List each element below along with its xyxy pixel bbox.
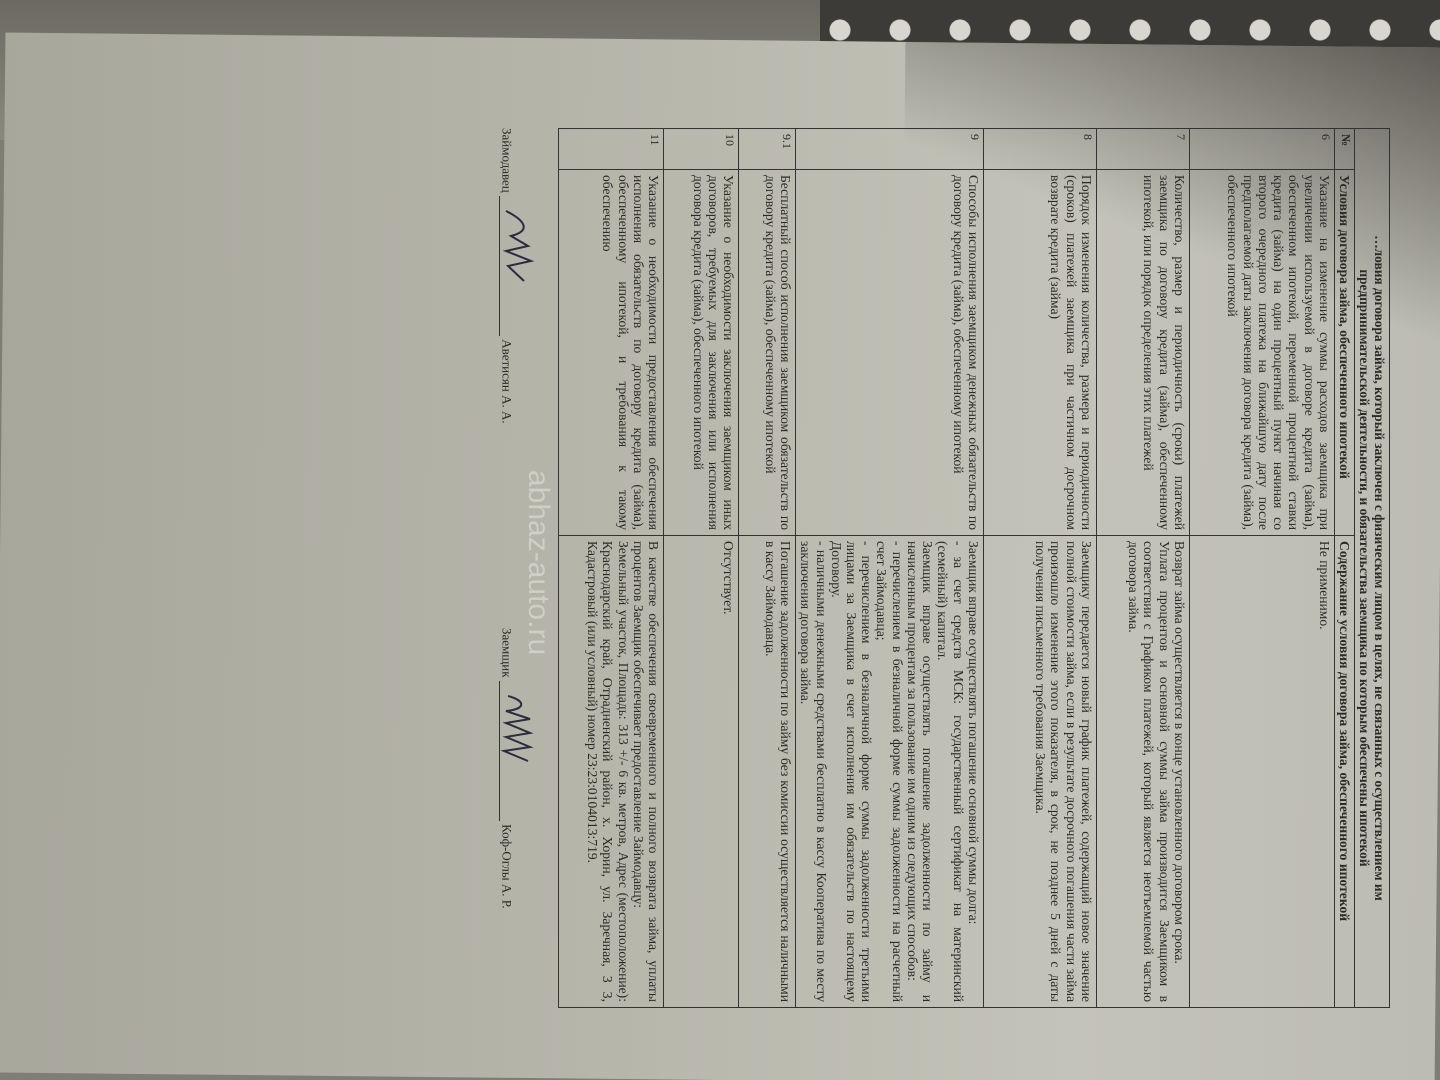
content-paragraph: Земельный участок, Площадь: 313 +/- 6 кв… bbox=[585, 541, 631, 1002]
row-condition: Количество, размер и периодичность (срок… bbox=[1096, 170, 1189, 536]
title-line-1: …ловия договора займа, который заключен … bbox=[1372, 133, 1387, 1003]
content-paragraph: - перечислением в безналичной форме сумм… bbox=[874, 541, 904, 1002]
row-content: В качестве обеспечения своевременного и … bbox=[559, 536, 664, 1008]
table-row: 7 Количество, размер и периодичность (ср… bbox=[1096, 129, 1189, 1008]
row-number: 6 bbox=[1189, 129, 1334, 170]
document-title: …ловия договора займа, который заключен … bbox=[1355, 128, 1390, 1008]
row-content: Заемщик вправе осуществлять погашение ос… bbox=[796, 536, 984, 1008]
row-condition: Способы исполнения заемщиком денежных об… bbox=[796, 170, 984, 536]
row-number: 7 bbox=[1096, 129, 1189, 170]
lender-name: Аветисян А. А. bbox=[500, 339, 515, 423]
row-number: 11 bbox=[559, 129, 664, 170]
content-paragraph: - за счет средств МСК: государственный с… bbox=[935, 541, 965, 1002]
content-paragraph: - наличными денежными средствами бесплат… bbox=[798, 541, 828, 1002]
row-number: 8 bbox=[983, 129, 1096, 170]
content-paragraph: - перечислением в безналичной форме сумм… bbox=[829, 541, 875, 1002]
row-content: Отсутствует. bbox=[664, 536, 739, 1008]
row-number: 9.1 bbox=[739, 129, 796, 170]
content-paragraph: Погашение задолженности по займу без ком… bbox=[763, 541, 793, 1002]
row-condition: Бесплатный способ исполнения заемщиком о… bbox=[739, 170, 796, 536]
loan-agreement-page: …ловия договора займа, который заключен … bbox=[360, 128, 1390, 1008]
row-content: Возврат займа осуществляется в конце уст… bbox=[1096, 536, 1189, 1008]
signature-block: Займодавец Аветисян А. А. Заемщик Коф-Ог… bbox=[454, 128, 514, 1008]
watermark: abhaz-auto.ru bbox=[521, 470, 555, 655]
row-condition: Указание на изменение суммы расходов зае… bbox=[1189, 170, 1334, 536]
row-content: Погашение задолженности по займу без ком… bbox=[739, 536, 796, 1008]
header-content: Содержание условия договора займа, обесп… bbox=[1334, 536, 1354, 1008]
signature-scribble-icon bbox=[496, 206, 536, 316]
row-content: Не применимо. bbox=[1189, 536, 1334, 1008]
row-condition: Указание о необходимости предоставления … bbox=[559, 170, 664, 536]
row-content: Заемщику передается новый график платеже… bbox=[983, 536, 1096, 1008]
table-row: 8 Порядок изменения количества, размера … bbox=[983, 129, 1096, 1008]
table-row: 11 Указание о необходимости предоставлен… bbox=[559, 129, 664, 1008]
lender-label: Займодавец bbox=[500, 128, 515, 193]
row-condition: Порядок изменения количества, размера и … bbox=[983, 170, 1096, 536]
table-row: 6 Указание на изменение суммы расходов з… bbox=[1189, 129, 1334, 1008]
content-paragraph: Возврат займа осуществляется в конце уст… bbox=[1172, 541, 1187, 1002]
lender-signature: Займодавец Аветисян А. А. bbox=[499, 128, 514, 424]
header-conditions: Условия договора займа, обеспеченного ип… bbox=[1334, 170, 1354, 536]
lender-signature-line bbox=[499, 196, 514, 336]
header-num: № bbox=[1334, 129, 1354, 170]
table-row: 10 Указание о необходимости заключения з… bbox=[664, 129, 739, 1008]
row-condition: Указание о необходимости заключения заем… bbox=[664, 170, 739, 536]
content-paragraph: Не применимо. bbox=[1317, 541, 1332, 1002]
borrower-label: Заемщик bbox=[500, 628, 515, 678]
borrower-signature: Заемщик Коф-Оглы А. Р. bbox=[499, 628, 514, 909]
content-paragraph: Заемщику передается новый график платеже… bbox=[1033, 541, 1094, 1002]
content-paragraph: Заемщик вправе осуществлять погашение ос… bbox=[966, 541, 981, 1002]
borrower-name: Коф-Оглы А. Р. bbox=[500, 824, 515, 909]
content-paragraph: Заемщик вправе осуществлять погашение за… bbox=[905, 541, 935, 1002]
row-number: 9 bbox=[796, 129, 984, 170]
signature-scribble-icon bbox=[496, 691, 536, 801]
content-paragraph: Отсутствует. bbox=[721, 541, 736, 1002]
table-header-row: № Условия договора займа, обеспеченного … bbox=[1334, 129, 1354, 1008]
table-row: 9.1 Бесплатный способ исполнения заемщик… bbox=[739, 129, 796, 1008]
borrower-signature-line bbox=[499, 681, 514, 821]
content-paragraph: В качестве обеспечения своевременного и … bbox=[631, 541, 661, 1002]
title-line-2: предпринимательской деятельности, и обяз… bbox=[1357, 133, 1372, 1003]
row-number: 10 bbox=[664, 129, 739, 170]
conditions-table: № Условия договора займа, обеспеченного … bbox=[558, 128, 1355, 1008]
content-paragraph: Уплата процентов и основной суммы займа … bbox=[1126, 541, 1172, 1002]
table-row: 9 Способы исполнения заемщиком денежных … bbox=[796, 129, 984, 1008]
